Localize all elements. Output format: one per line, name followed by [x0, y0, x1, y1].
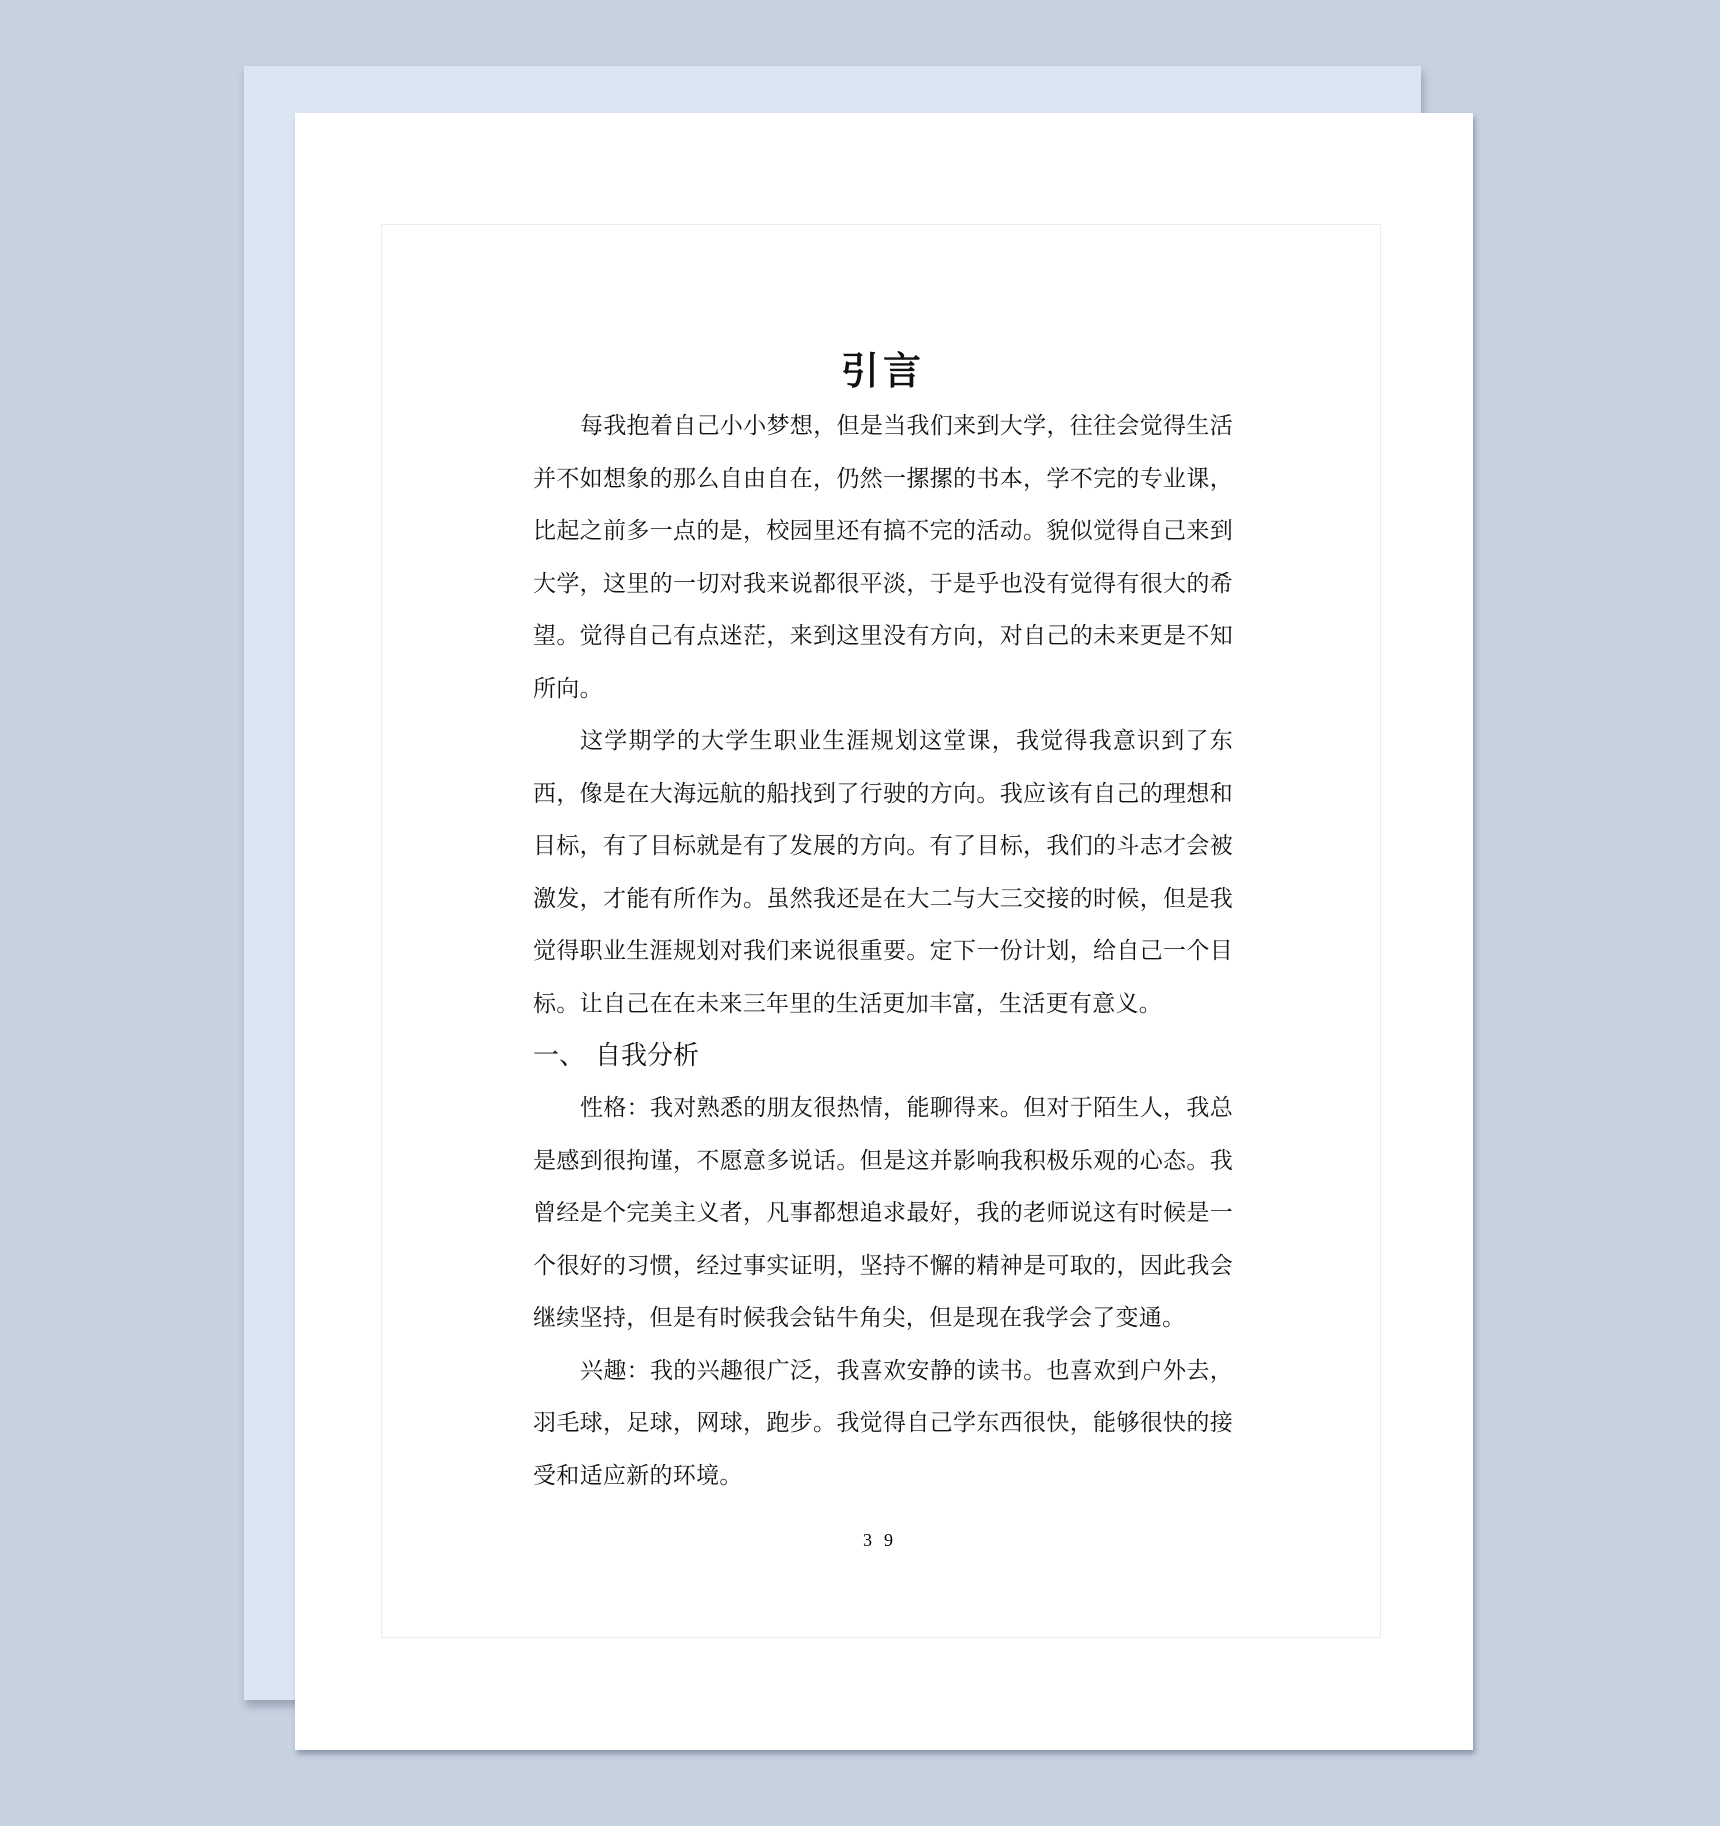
section-number: 一、 — [533, 1030, 595, 1082]
document-page: 引言 每我抱着自己小小梦想，但是当我们来到大学，往往会觉得生活并不如想象的那么自… — [295, 113, 1473, 1750]
section-paragraph-interests: 兴趣：我的兴趣很广泛，我喜欢安静的读书。也喜欢到户外去，羽毛球，足球，网球，跑步… — [533, 1345, 1233, 1503]
section-heading: 一、自我分析 — [533, 1030, 1233, 1082]
page-content: 引言 每我抱着自己小小梦想，但是当我们来到大学，往往会觉得生活并不如想象的那么自… — [533, 343, 1233, 1502]
intro-paragraph-2: 这学期学的大学生职业生涯规划这堂课，我觉得我意识到了东西，像是在大海远航的船找到… — [533, 715, 1233, 1030]
section-paragraph-personality: 性格：我对熟悉的朋友很热情，能聊得来。但对于陌生人，我总是感到很拘谨，不愿意多说… — [533, 1082, 1233, 1345]
document-title: 引言 — [533, 343, 1233, 399]
page-number: 39 — [295, 1530, 1473, 1551]
intro-paragraph-1: 每我抱着自己小小梦想，但是当我们来到大学，往往会觉得生活并不如想象的那么自由自在… — [533, 400, 1233, 715]
section-title: 自我分析 — [595, 1041, 699, 1071]
